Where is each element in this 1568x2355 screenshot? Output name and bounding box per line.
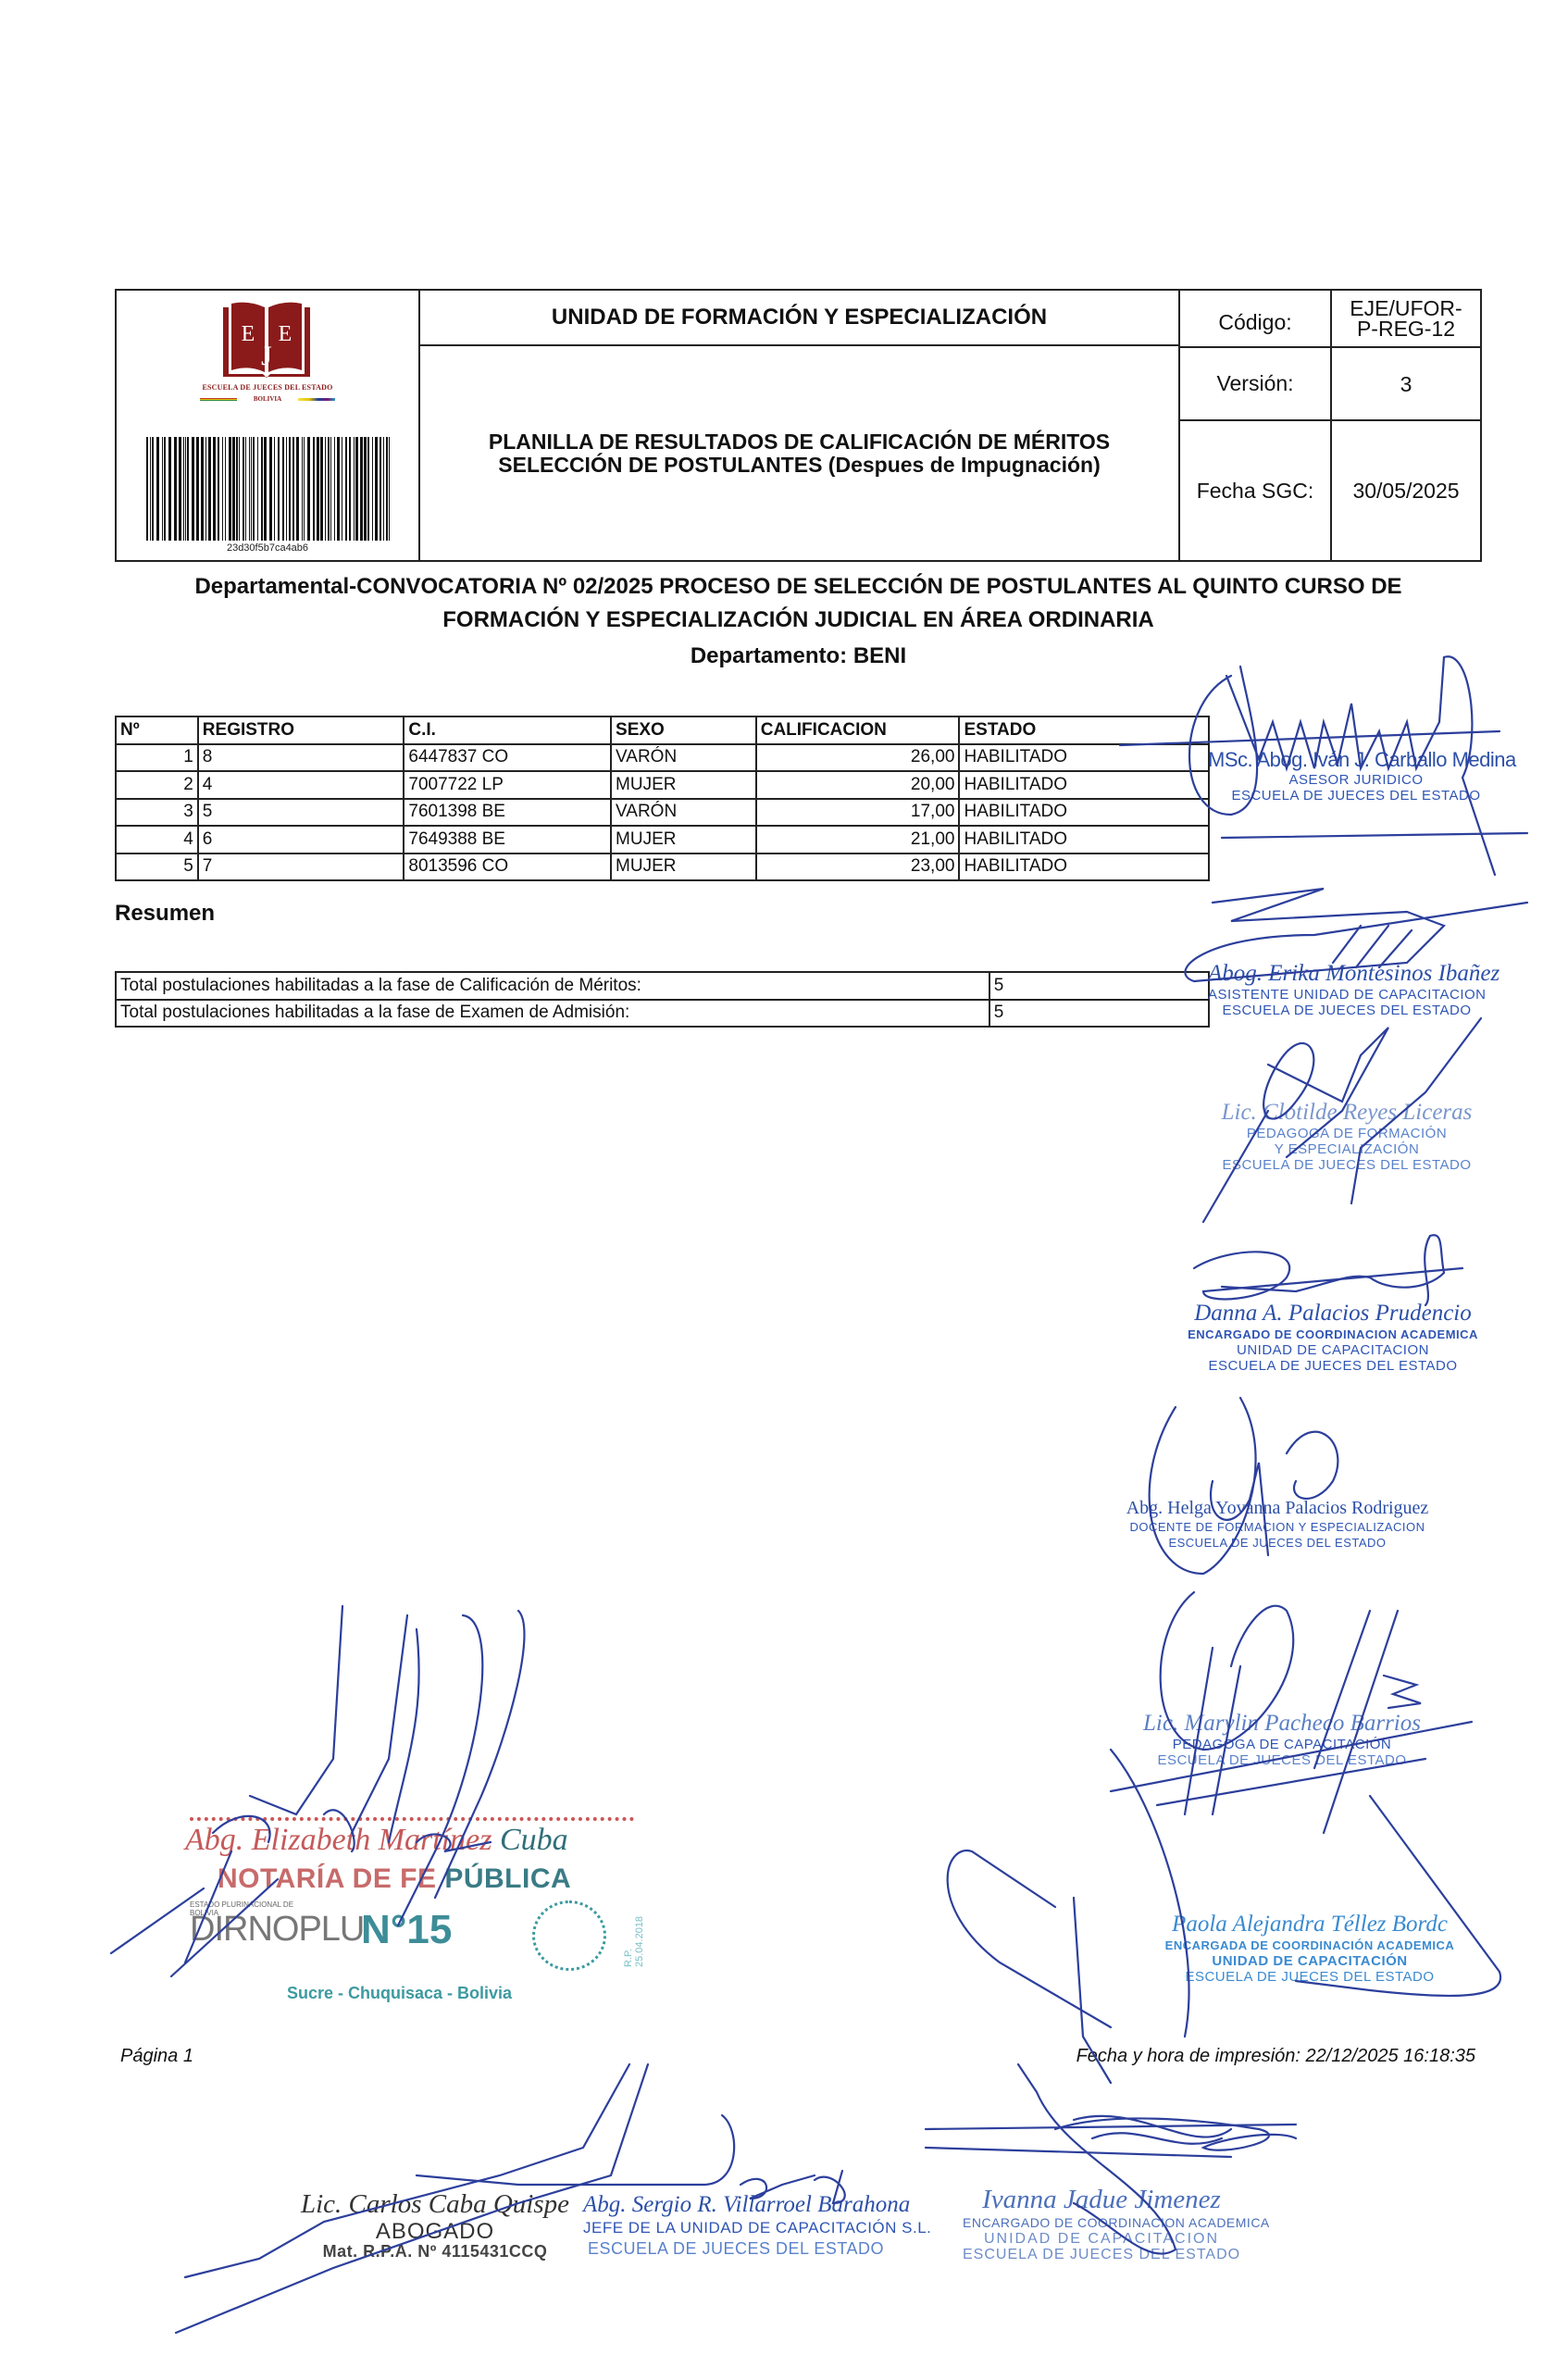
col-header-estado: ESTADO	[959, 716, 1209, 744]
dotted-line	[190, 1817, 634, 1821]
col-header-sexo: SEXO	[611, 716, 756, 744]
cell-estado: HABILITADO	[959, 854, 1209, 881]
notary-registry: DIRNOPLU	[190, 1910, 364, 1950]
cell-n: 3	[116, 799, 198, 827]
cell-calificacion: 23,00	[756, 854, 960, 881]
summary-label: Total postulaciones habilitadas a la fas…	[116, 972, 989, 1000]
page-number: Página 1	[120, 2046, 193, 2067]
convocatoria-title: Departamental-CONVOCATORIA Nº 02/2025 PR…	[115, 570, 1482, 637]
cell-registro: 6	[198, 826, 404, 854]
table-row: 4 6 7649388 BE MUJER 21,00 HABILITADO	[116, 826, 1209, 854]
summary-title: Resumen	[115, 901, 215, 927]
stamp-caba: Lic. Carlos Caba Quispe ABOGADO Mat. R.P…	[278, 2189, 592, 2260]
cell-ci: 7649388 BE	[404, 826, 611, 854]
cell-sexo: VARÓN	[611, 744, 756, 772]
book-logo-icon: E E J	[220, 300, 313, 379]
cell-n: 5	[116, 854, 198, 881]
summary-value: 5	[989, 972, 1209, 1000]
cell-calificacion: 26,00	[756, 744, 960, 772]
cell-sexo: VARÓN	[611, 799, 756, 827]
print-datetime: Fecha y hora de impresión: 22/12/2025 16…	[1076, 2046, 1475, 2067]
table-row: 3 5 7601398 BE VARÓN 17,00 HABILITADO	[116, 799, 1209, 827]
code-value: EJE/UFOR-P-REG-12	[1332, 291, 1480, 346]
code-label: Código:	[1180, 291, 1330, 346]
summary-table: Total postulaciones habilitadas a la fas…	[115, 971, 1210, 1028]
version-value: 3	[1332, 348, 1480, 419]
cell-estado: HABILITADO	[959, 771, 1209, 799]
document-title: PLANILLA DE RESULTADOS DE CALIFICACIÓN D…	[420, 346, 1178, 560]
stamp-palacios-prudencio: Danna A. Palacios Prudencio ENCARGADO DE…	[1185, 1301, 1481, 1374]
coat-of-arms-icon	[532, 1900, 606, 1971]
barcode-text: 23d30f5b7ca4ab6	[117, 542, 418, 554]
cell-registro: 8	[198, 744, 404, 772]
notary-title: NOTARÍA DE FE PÚBLICA	[218, 1863, 571, 1895]
cell-n: 2	[116, 771, 198, 799]
flag-stripe-right	[298, 398, 335, 401]
cell-n: 1	[116, 744, 198, 772]
cell-calificacion: 17,00	[756, 799, 960, 827]
country-name: BOLIVIA	[117, 395, 418, 403]
summary-label: Total postulaciones habilitadas a la fas…	[116, 1000, 989, 1028]
col-header-registro: REGISTRO	[198, 716, 404, 744]
stamp-reyes: Lic. Clotilde Reyes Liceras PEDAGOGA DE …	[1203, 1100, 1490, 1173]
cell-ci: 8013596 CO	[404, 854, 611, 881]
cell-estado: HABILITADO	[959, 799, 1209, 827]
barcode-icon	[144, 437, 394, 541]
results-table: Nº REGISTRO C.I. SEXO CALIFICACION ESTAD…	[115, 716, 1210, 881]
convocatoria-line1: Departamental-CONVOCATORIA Nº 02/2025 PR…	[115, 570, 1482, 604]
cell-registro: 7	[198, 854, 404, 881]
stamp-carballo: MSc. Abog. Iván J. Carballo Medina ASESO…	[1208, 748, 1504, 804]
stamp-villarroel: Abg. Sergio R. Villarroel Barahona JEFE …	[583, 2192, 889, 2259]
cell-estado: HABILITADO	[959, 826, 1209, 854]
table-row: 1 8 6447837 CO VARÓN 26,00 HABILITADO	[116, 744, 1209, 772]
stamp-tellez: Paola Alejandra Téllez Bordc ENCARGADA D…	[1162, 1912, 1458, 1985]
cell-registro: 4	[198, 771, 404, 799]
stamp-montesinos: Abog. Erika Montesinos Ibañez ASISTENTE …	[1208, 961, 1486, 1018]
svg-text:J: J	[261, 341, 272, 371]
col-header-calificacion: CALIFICACION	[756, 716, 960, 744]
cell-ci: 7601398 BE	[404, 799, 611, 827]
department-label: Departamento: BENI	[115, 643, 1482, 669]
summary-row: Total postulaciones habilitadas a la fas…	[116, 972, 1209, 1000]
date-sgc-value: 30/05/2025	[1332, 421, 1480, 560]
cell-n: 4	[116, 826, 198, 854]
cell-calificacion: 20,00	[756, 771, 960, 799]
cell-sexo: MUJER	[611, 854, 756, 881]
logo-cell: E E J ESCUELA DE JUECES DEL ESTADO BOLIV…	[117, 291, 418, 560]
cell-registro: 5	[198, 799, 404, 827]
stamp-palacios-rodriguez: Abg. Helga Yovanna Palacios Rodriguez DO…	[1120, 1498, 1435, 1551]
table-row: 2 4 7007722 LP MUJER 20,00 HABILITADO	[116, 771, 1209, 799]
cell-calificacion: 21,00	[756, 826, 960, 854]
date-sgc-label: Fecha SGC:	[1180, 421, 1330, 560]
summary-value: 5	[989, 1000, 1209, 1028]
table-header-row: Nº REGISTRO C.I. SEXO CALIFICACION ESTAD…	[116, 716, 1209, 744]
cell-sexo: MUJER	[611, 771, 756, 799]
cell-ci: 7007722 LP	[404, 771, 611, 799]
document-title-line1: PLANILLA DE RESULTADOS DE CALIFICACIÓN D…	[489, 430, 1110, 454]
notary-city: Sucre - Chuquisaca - Bolivia	[287, 1984, 512, 2003]
notary-name: Abg. Elizabeth Martínez Cuba	[185, 1823, 568, 1858]
summary-row: Total postulaciones habilitadas a la fas…	[116, 1000, 1209, 1028]
cell-ci: 6447837 CO	[404, 744, 611, 772]
stamp-jadue: Ivanna Jadue Jimenez ENCARGADO DE COORDI…	[963, 2185, 1240, 2262]
institution-name: ESCUELA DE JUECES DEL ESTADO	[117, 383, 418, 392]
svg-text:E: E	[242, 322, 255, 346]
document-title-line2: SELECCIÓN DE POSTULANTES (Despues de Imp…	[489, 454, 1110, 477]
unit-title: UNIDAD DE FORMACIÓN Y ESPECIALIZACIÓN	[420, 291, 1178, 344]
cell-estado: HABILITADO	[959, 744, 1209, 772]
table-row: 5 7 8013596 CO MUJER 23,00 HABILITADO	[116, 854, 1209, 881]
version-label: Versión:	[1180, 348, 1330, 419]
notary-date: R.P. 25.04.2018	[623, 1916, 645, 1967]
stamp-pacheco: Lic. Marylin Pacheco Barrios PEDAGOGA DE…	[1134, 1711, 1430, 1768]
cell-sexo: MUJER	[611, 826, 756, 854]
convocatoria-line2: FORMACIÓN Y ESPECIALIZACIÓN JUDICIAL EN …	[115, 604, 1482, 637]
notary-stamp: Abg. Elizabeth Martínez Cuba NOTARÍA DE …	[180, 1810, 653, 1995]
col-header-n: Nº	[116, 716, 198, 744]
col-header-ci: C.I.	[404, 716, 611, 744]
notary-number: N°15	[361, 1907, 452, 1953]
document-header: E E J ESCUELA DE JUECES DEL ESTADO BOLIV…	[115, 289, 1482, 562]
svg-text:E: E	[279, 322, 292, 346]
